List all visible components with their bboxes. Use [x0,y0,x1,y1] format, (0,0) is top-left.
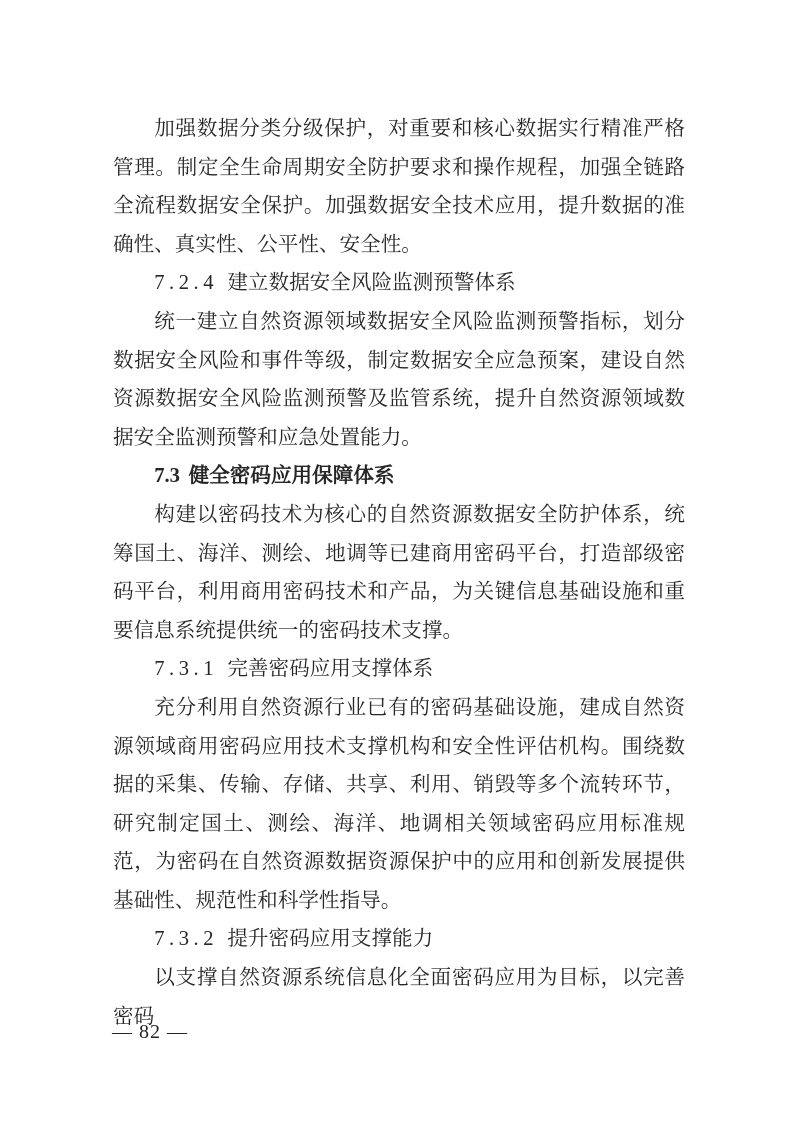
section-number: 7.3.2 [154,928,218,950]
paragraph: 统一建立自然资源领域数据安全风险监测预警指标，划分数据安全风险和事件等级，制定数… [113,303,685,457]
section-number: 7.2.4 [154,272,218,294]
section-heading-7.3: 7.3健全密码应用保障体系 [113,457,685,496]
section-title: 提升密码应用支撑能力 [227,928,433,950]
paragraph: 加强数据分类分级保护，对重要和核心数据实行精准严格管理。制定全生命周期安全防护要… [113,110,685,264]
document-body: 加强数据分类分级保护，对重要和核心数据实行精准严格管理。制定全生命周期安全防护要… [113,110,685,1036]
page-number: — 82 — [112,1020,188,1044]
paragraph: 充分利用自然资源行业已有的密码基础设施，建成自然资源领域商用密码应用技术支撑机构… [113,689,685,921]
section-heading-7.3.2: 7.3.2提升密码应用支撑能力 [113,920,685,959]
section-heading-7.3.1: 7.3.1完善密码应用支撑体系 [113,650,685,689]
paragraph: 构建以密码技术为核心的自然资源数据安全防护体系，统筹国土、海洋、测绘、地调等已建… [113,496,685,650]
paragraph: 以支撑自然资源系统信息化全面密码应用为目标，以完善密码 [113,959,685,1036]
document-page: 加强数据分类分级保护，对重要和核心数据实行精准严格管理。制定全生命周期安全防护要… [0,0,793,1122]
section-title: 建立数据安全风险监测预警体系 [227,272,515,294]
section-number: 7.3 [154,465,180,487]
section-title: 完善密码应用支撑体系 [227,658,433,680]
section-number: 7.3.1 [154,658,218,680]
section-heading-7.2.4: 7.2.4建立数据安全风险监测预警体系 [113,264,685,303]
section-title: 健全密码应用保障体系 [189,465,395,487]
